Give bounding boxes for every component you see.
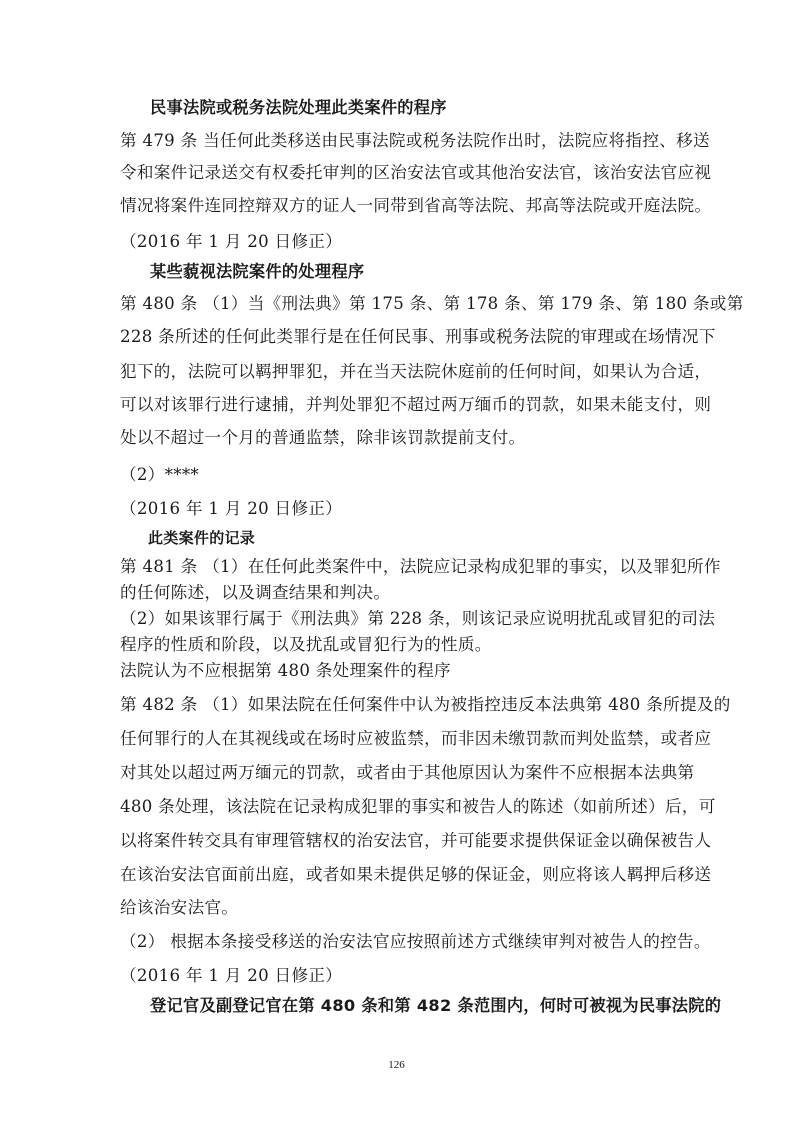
article-479-line-2: 令和案件记录送交有权委托审判的区治安法官或其他治安法官，该治安法官应视: [120, 163, 711, 183]
article-480-line-3: 犯下的，法院可以羁押罪犯，并在当天法院休庭前的任何时间，如果认为合适，: [120, 362, 711, 382]
article-482-line-4: 480 条处理，该法院在记录构成犯罪的事实和被告人的陈述（如前所述）后，可: [120, 797, 716, 817]
page-number: 126: [0, 1059, 793, 1071]
article-480-line-5: 处以不超过一个月的普通监禁，除非该罚款提前支付。: [120, 428, 525, 448]
article-482-line-3: 对其处以超过两万缅元的罚款，或者由于其他原因认为案件不应根据本法典第: [120, 763, 694, 783]
article-480-line-4: 可以对该罪行进行逮捕，并判处罪犯不超过两万缅币的罚款，如果未能支付，则: [120, 395, 711, 415]
article-479-line-1: 第 479 条 当任何此类移送由民事法院或税务法院作出时，法院应将指控、移送: [120, 131, 710, 151]
article-481-line-3: （2）如果该罪行属于《刑法典》第 228 条，则该记录应说明扰乱或冒犯的司法: [120, 609, 715, 629]
section-heading-482: 法院认为不应根据第 480 条处理案件的程序: [120, 661, 451, 681]
article-482-line-1: 第 482 条 （1）如果法院在任何案件中认为被指控违反本法典第 480 条所提…: [120, 695, 731, 715]
article-481-line-2: 的任何陈述，以及调查结果和判决。: [120, 583, 390, 603]
article-482-line-2: 任何罪行的人在其视线或在场时应被监禁，而非因未缴罚款而判处监禁，或者应: [120, 729, 711, 749]
article-482-line-5: 以将案件转交具有审理管辖权的治安法官，并可能要求提供保证金以确保被告人: [120, 831, 711, 851]
amendment-note: （2016 年 1 月 20 日修正）: [120, 232, 342, 252]
article-480-clause-2: （2）****: [120, 465, 199, 485]
article-481-line-4: 程序的性质和阶段，以及扰乱或冒犯行为的性质。: [120, 635, 492, 655]
section-heading-480: 某些藐视法院案件的处理程序: [150, 262, 364, 282]
section-heading-481: 此类案件的记录: [148, 528, 255, 548]
article-479-line-3: 情况将案件连同控辩双方的证人一同带到省高等法院、邦高等法院或开庭法院。: [120, 196, 711, 216]
amendment-note: （2016 年 1 月 20 日修正）: [120, 966, 342, 986]
article-480-line-1: 第 480 条 （1）当《刑法典》第 175 条、第 178 条、第 179 条…: [120, 294, 744, 314]
article-482-line-6: 在该治安法官面前出庭，或者如果未提供足够的保证金，则应将该人羁押后移送: [120, 865, 711, 885]
amendment-note: （2016 年 1 月 20 日修正）: [120, 499, 342, 519]
article-482-clause-2: （2） 根据本条接受移送的治安法官应按照前述方式继续审判对被告人的控告。: [120, 932, 711, 952]
article-481-line-1: 第 481 条 （1）在任何此类案件中，法院应记录构成犯罪的事实，以及罪犯所作: [120, 557, 721, 577]
section-heading-registrar: 登记官及副登记官在第 480 条和第 482 条范围内，何时可被视为民事法院的: [150, 996, 721, 1016]
article-482-line-7: 给该治安法官。: [120, 898, 238, 918]
section-heading-479: 民事法院或税务法院处理此类案件的程序: [150, 98, 447, 118]
article-480-line-2: 228 条所述的任何此类罪行是在任何民事、刑事或税务法院的审理或在场情况下: [120, 327, 716, 347]
